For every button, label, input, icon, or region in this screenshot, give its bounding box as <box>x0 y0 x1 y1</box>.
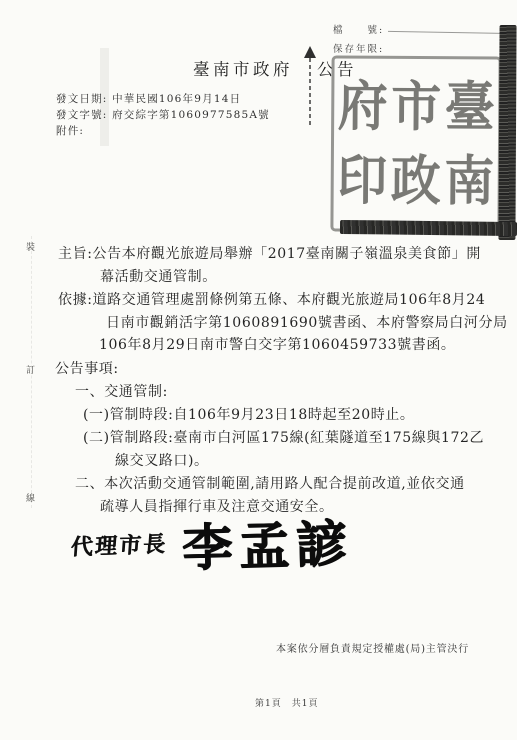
attachment-label: 附件: <box>56 125 84 137</box>
seal-char: 臺 <box>445 81 495 135</box>
issue-date-value: 中華民國106年9月14日 <box>112 93 241 105</box>
retention-period-label: 保存年限: <box>333 41 384 55</box>
subject-line-1: 主旨:公告本府觀光旅遊局舉辦「2017臺南關子嶺溫泉美食節」開 <box>58 243 481 263</box>
item-2-line-1: 二、本次活動交通管制範圍,請用路人配合提前改道,並依交通 <box>75 473 465 493</box>
doc-number-value: 府交綜字第1060977585A號 <box>112 109 270 121</box>
signatory-name-signature: 李孟諺 <box>181 504 354 580</box>
seal-column-middle: 市 政 <box>390 59 441 229</box>
basis-line-3: 106年8月29日南市警白交字第1060459733號書函。 <box>99 334 456 354</box>
item-1-1: (一)管制時段:自106年9月23日18時起至20時止。 <box>83 404 415 424</box>
alignment-arrow-mark <box>303 46 317 128</box>
issue-date-row: 發文日期: 中華民國106年9月14日 <box>56 91 241 106</box>
items-header: 公告事項: <box>55 358 119 378</box>
subject-line-2: 幕活動交通管制。 <box>100 266 217 286</box>
seal-char: 南 <box>444 154 494 208</box>
delegation-note: 本案依分層負責規定授權處(局)主管決行 <box>276 640 469 655</box>
archive-number-line <box>388 31 510 34</box>
attachment-row: 附件: <box>56 123 84 138</box>
basis-label: 依據: <box>58 292 93 308</box>
archive-number-label: 檔 號: <box>333 22 384 36</box>
scan-dark-band-right <box>498 25 516 240</box>
scanned-announcement-document: 檔 號: 保存年限: 臺南市政府 公告 府 印 市 政 臺 南 發文日期: 中華… <box>0 0 517 740</box>
item-1: 一、交通管制: <box>75 381 168 401</box>
subject-label: 主旨: <box>58 246 93 262</box>
item-1-2-line-1: (二)管制路段:臺南市白河區175線(紅葉隧道至175線與172乙 <box>83 427 484 447</box>
basis-line-1: 依據:道路交通管理處罰條例第五條、本府觀光旅遊局106年8月24 <box>58 289 485 309</box>
signatory-title: 代理市長 <box>70 527 168 561</box>
margin-mark-zhuang: 裝 <box>26 240 35 253</box>
page-number: 第1頁 共1頁 <box>255 696 318 709</box>
seal-column-left: 府 印 <box>337 58 388 228</box>
subject-text-1: 公告本府觀光旅遊局舉辦「2017臺南關子嶺溫泉美食節」開 <box>93 246 481 262</box>
item-1-2-line-2: 線交叉路口)。 <box>115 450 209 470</box>
doc-number-row: 發文字號: 府交綜字第1060977585A號 <box>56 107 270 122</box>
basis-line-2: 日南市觀銷活字第1060891690號書函、本府警察局白河分局 <box>106 312 508 332</box>
margin-mark-xian: 線 <box>26 491 35 504</box>
margin-mark-ding: 訂 <box>26 363 35 376</box>
scan-dark-band-bottom <box>340 220 517 236</box>
issue-date-label: 發文日期: <box>56 93 108 105</box>
title-organization: 臺南市政府 <box>193 56 293 80</box>
seal-char: 府 <box>338 80 388 134</box>
seal-column-right: 臺 南 <box>444 59 495 229</box>
seal-char: 市 <box>391 80 441 134</box>
official-seal: 府 印 市 政 臺 南 <box>330 55 501 232</box>
seal-char: 印 <box>337 153 387 207</box>
basis-text-1: 道路交通管理處罰條例第五條、本府觀光旅遊局106年8月24 <box>93 292 486 308</box>
seal-char: 政 <box>391 153 441 207</box>
doc-number-label: 發文字號: <box>56 109 108 121</box>
